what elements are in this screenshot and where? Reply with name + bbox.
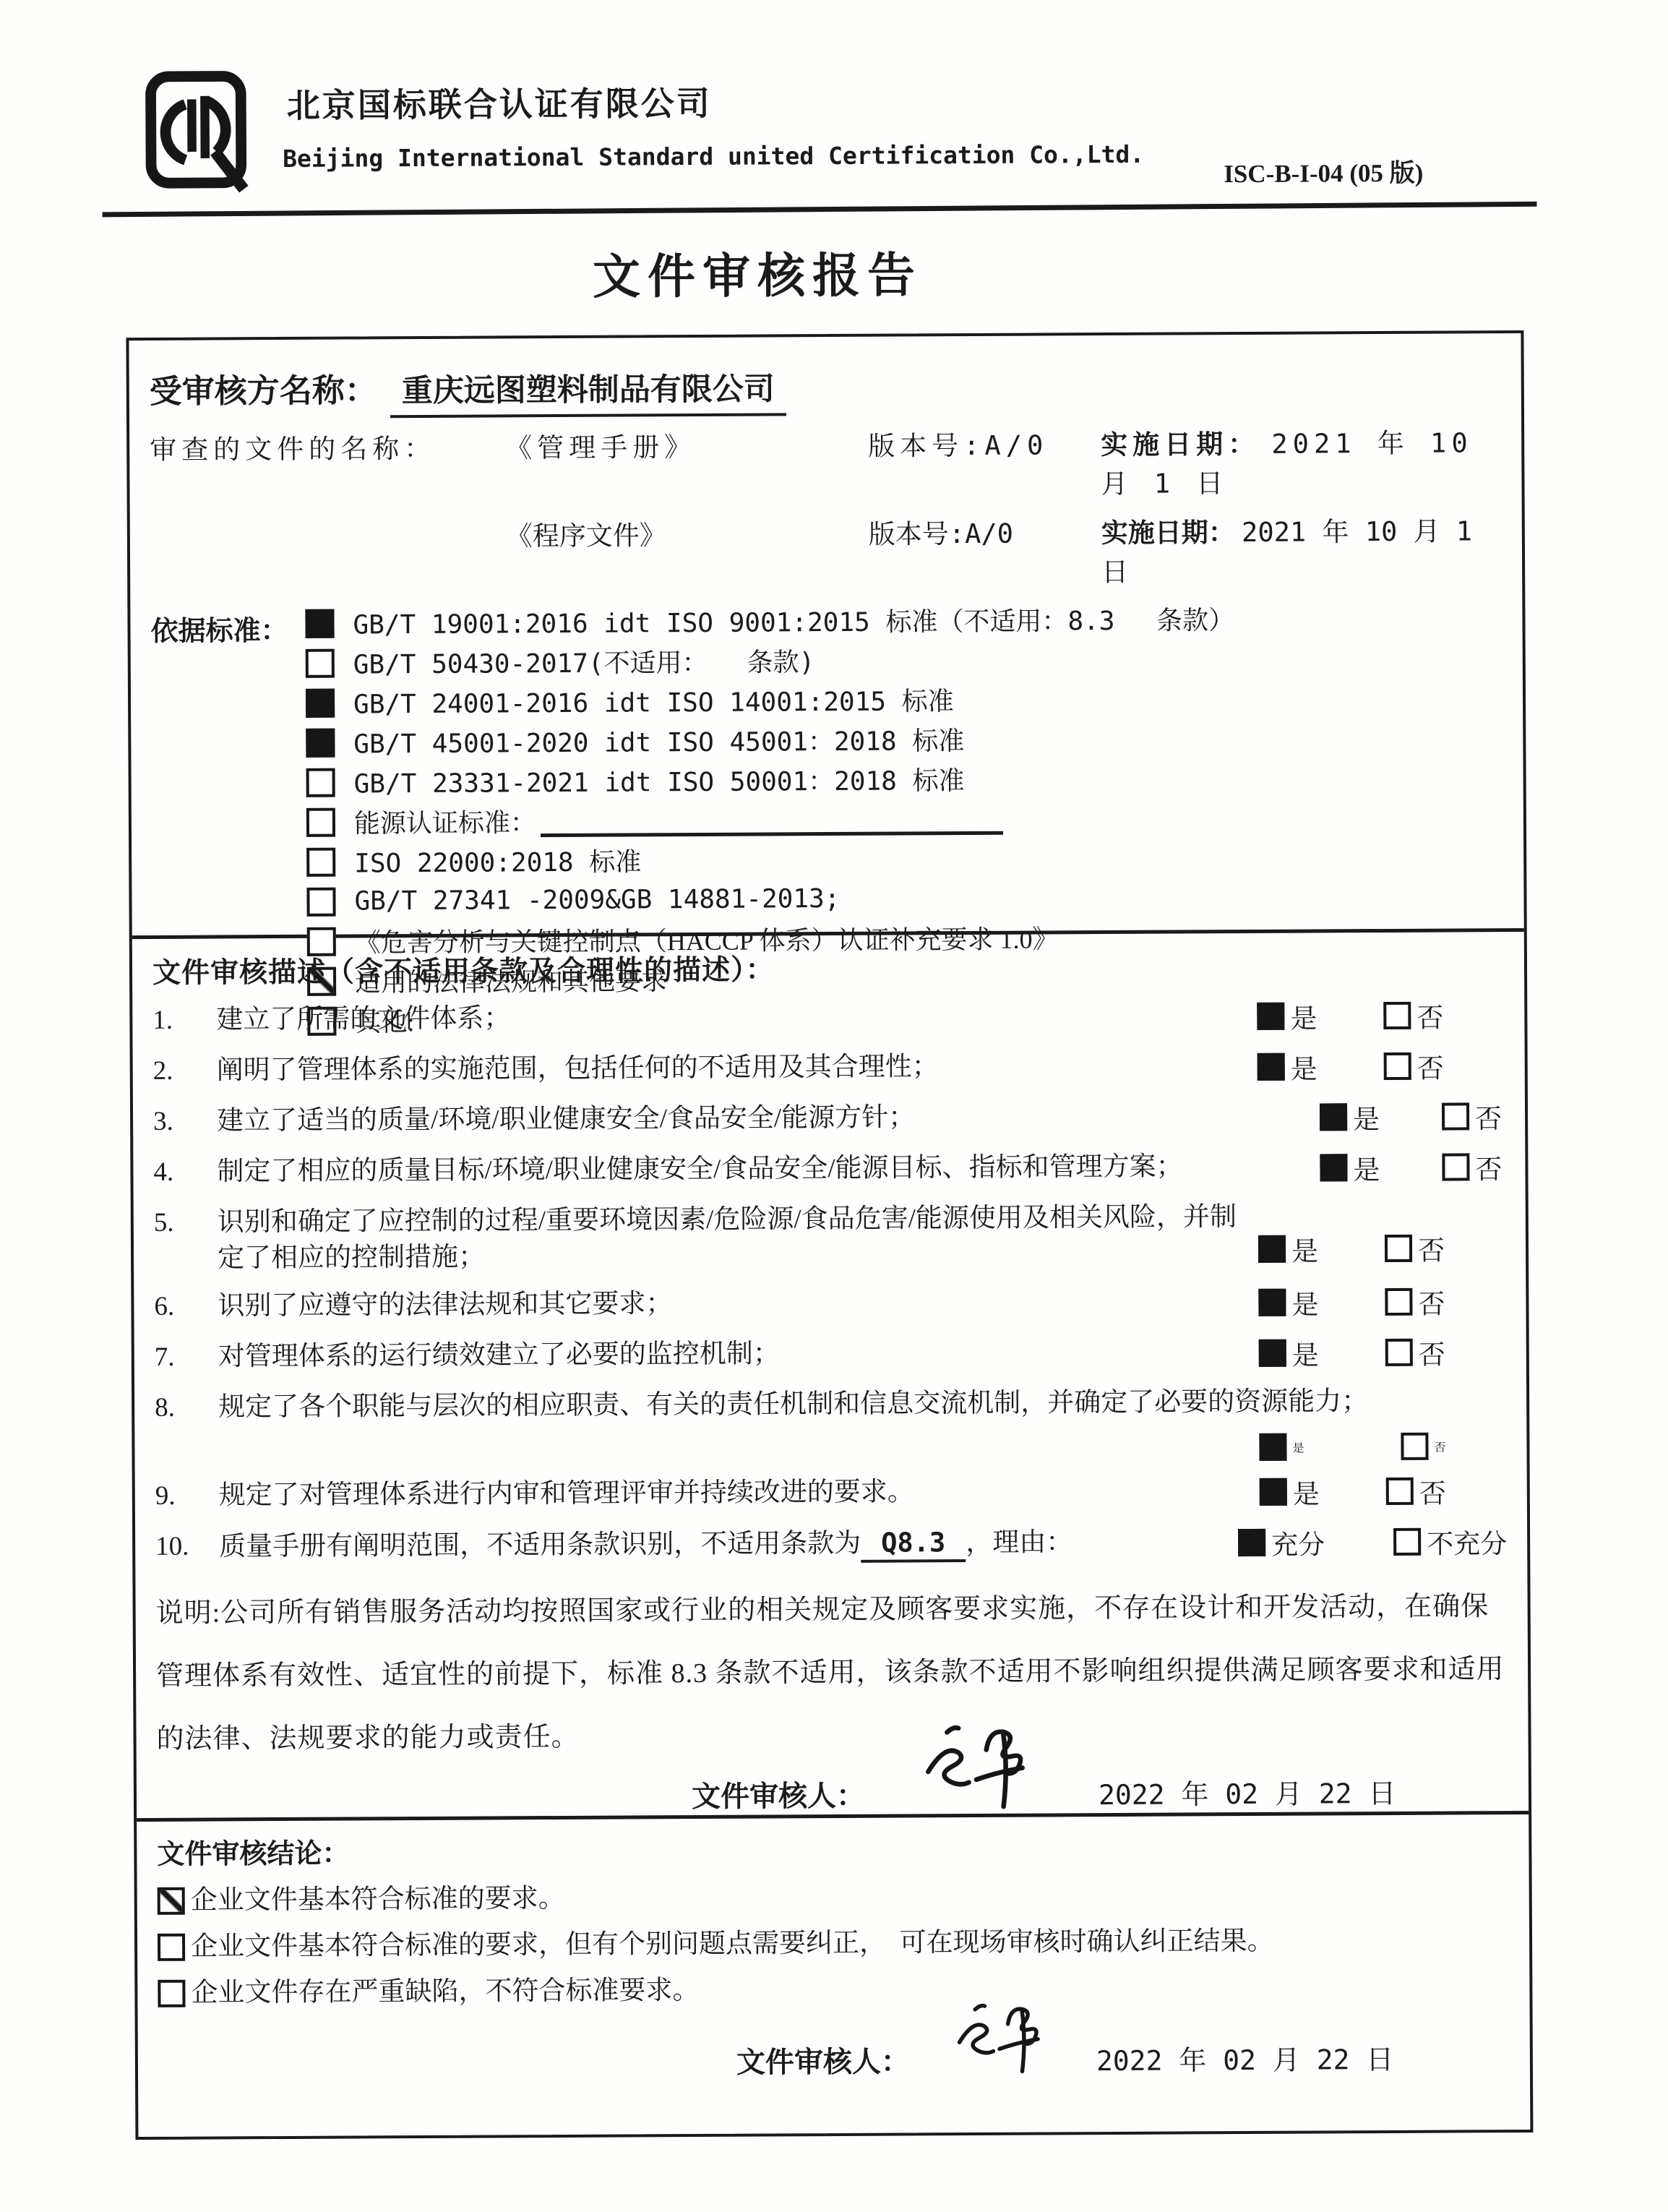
no-option: 否 xyxy=(1385,1229,1445,1268)
conclusion-checkbox xyxy=(158,1979,185,2007)
checkbox xyxy=(306,768,335,797)
checkbox xyxy=(305,609,334,638)
checkbox xyxy=(306,728,335,757)
no-checkbox xyxy=(1383,1002,1411,1029)
no-checkbox xyxy=(1442,1153,1469,1180)
item-text: 制定了相应的质量目标/环境/职业健康安全/食品安全/能源目标、指标和管理方案； xyxy=(217,1148,1320,1190)
no-checkbox xyxy=(1385,1288,1412,1316)
checkbox xyxy=(306,688,335,717)
yes-option: 是 xyxy=(1260,1472,1320,1511)
yes-checkbox xyxy=(1259,1433,1286,1461)
scanned-document-page: 北京国标联合认证有限公司 Beijing International Stand… xyxy=(0,0,1668,2212)
yes-label: 是 xyxy=(1293,1472,1320,1511)
yes-no-group: 是 否 xyxy=(1258,1047,1444,1086)
no-option: 否 xyxy=(1442,1147,1502,1186)
item-text: 规定了对管理体系进行内审和管理评审并持续改进的要求。 xyxy=(219,1472,1260,1514)
yes-no-group: 是 否 xyxy=(1257,996,1443,1036)
standard-text: GB/T 24001-2016 idt ISO 14001:2015 标准 xyxy=(353,681,954,721)
section-review-description: 文件审核描述（含不适用条款及合理性的描述）： 1. 建立了所需的文件体系； 是 … xyxy=(132,928,1529,1818)
no-option: 否 xyxy=(1385,1333,1445,1372)
impl-label: 实施日期： xyxy=(1101,430,1260,460)
no-checkbox xyxy=(1384,1053,1411,1080)
standard-item: GB/T 50430-2017(不适用： 条款) xyxy=(306,637,1503,683)
no-label: 否 xyxy=(1418,1282,1445,1321)
review-item: 9. 规定了对管理体系进行内审和管理评审并持续改进的要求。 是 否 xyxy=(155,1471,1507,1517)
yes-option: 是 xyxy=(1258,1229,1318,1268)
sufficient-group: 充分 不充分 xyxy=(1238,1522,1507,1562)
review-item: 4. 制定了相应的质量目标/环境/职业健康安全/食品安全/能源目标、指标和管理方… xyxy=(153,1147,1505,1193)
yes-label: 是 xyxy=(1353,1148,1380,1187)
insufficient-label: 不充分 xyxy=(1427,1522,1507,1561)
no-checkbox xyxy=(1442,1102,1469,1130)
item-number: 3. xyxy=(153,1103,217,1139)
no-option: 否 xyxy=(1385,1282,1445,1321)
item-text: 建立了所需的文件体系； xyxy=(216,997,1257,1039)
yes-label: 是 xyxy=(1292,1333,1319,1372)
blank-underline xyxy=(541,802,1003,837)
yes-checkbox xyxy=(1320,1103,1347,1131)
standard-text: GB/T 50430-2017(不适用： 条款) xyxy=(353,642,815,681)
yes-label: 是 xyxy=(1353,1097,1380,1136)
form-code: ISC-B-I-04 (05 版) xyxy=(1224,153,1423,190)
item-number: 6. xyxy=(154,1288,218,1324)
review-note: 说明:公司所有销售服务活动均按照国家或行业的相关规定及顾客要求实施，不存在设计和… xyxy=(155,1575,1508,1771)
no-option: 否 xyxy=(1384,1047,1444,1086)
insufficient-checkbox xyxy=(1393,1528,1421,1556)
standard-item: GB/T 19001:2016 idt ISO 9001:2015 标准（不适用… xyxy=(305,597,1502,643)
yes-no-group: 是 否 xyxy=(1258,1229,1445,1269)
conclusion-text: 企业文件存在严重缺陷，不符合标准要求。 xyxy=(191,1973,699,2010)
conclusion-checkbox xyxy=(158,1933,185,1960)
standard-text: GB/T 19001:2016 idt ISO 9001:2015 标准（不适用… xyxy=(353,600,1234,641)
item10-text-before: 质量手册有阐明范围，不适用条款识别，不适用条款为 xyxy=(219,1529,861,1562)
reviewed-documents: 审查的文件的名称： 《管理手册》 版本号:A/0 实施日期： 2021 年 10… xyxy=(150,421,1502,594)
yes-checkbox xyxy=(1260,1478,1287,1506)
conclusion-checkbox xyxy=(158,1887,185,1914)
item-text: 对管理体系的运行绩效建立了必要的监控机制； xyxy=(218,1334,1259,1376)
impl-label: 实施日期： xyxy=(1101,518,1235,549)
inapplicable-clause: Q8.3 xyxy=(861,1527,966,1563)
item-number: 5. xyxy=(154,1204,218,1240)
review-item: 7. 对管理体系的运行绩效建立了必要的监控机制； 是 否 xyxy=(155,1332,1506,1379)
item-number: 10. xyxy=(155,1528,219,1564)
review-item-8-answer-row: 是 否 xyxy=(155,1432,1506,1467)
no-label: 否 xyxy=(1416,996,1443,1035)
doc-name: 《管理手册》 xyxy=(505,424,868,466)
yes-no-group: 是 否 xyxy=(1259,1333,1445,1373)
item-text: 识别了应遵守的法律法规和其它要求； xyxy=(218,1283,1258,1325)
no-label: 否 xyxy=(1419,1472,1446,1511)
yes-checkbox xyxy=(1258,1235,1286,1263)
checkbox xyxy=(306,887,335,916)
standard-item: GB/T 27341 -2009&GB 14881-2013; xyxy=(306,875,1503,922)
standard-text: GB/T 27341 -2009&GB 14881-2013; xyxy=(354,884,840,917)
item-number: 9. xyxy=(155,1478,219,1514)
yes-no-group: 是 否 xyxy=(1260,1472,1446,1512)
doc-impl-date: 实施日期： 2021 年 10 月 1 日 xyxy=(1101,509,1503,589)
review-item: 6. 识别了应遵守的法律法规和其它要求； 是 否 xyxy=(154,1282,1505,1328)
no-label: 否 xyxy=(1419,1333,1445,1372)
signature-scribble xyxy=(904,1712,1049,1822)
doc-version: 版本号:A/0 xyxy=(869,511,1101,552)
yes-option: 是 xyxy=(1320,1097,1380,1136)
review-item: 8. 规定了各个职能与层次的相应职责、有关的责任机制和信息交流机制，并确定了必要… xyxy=(155,1383,1506,1426)
standard-item: GB/T 24001-2016 idt ISO 14001:2015 标准 xyxy=(306,677,1503,723)
conclusion-heading: 文件审核结论： xyxy=(157,1825,1508,1872)
auditee-row: 受审核方名称： 重庆远图塑料制品有限公司 xyxy=(150,358,1501,419)
doc-version: 版本号:A/0 xyxy=(868,423,1101,463)
no-checkbox xyxy=(1385,1339,1413,1366)
no-option: 否 xyxy=(1442,1097,1502,1136)
sufficient-label: 充分 xyxy=(1271,1522,1325,1561)
conclusion-option: 企业文件存在严重缺陷，不符合标准要求。 xyxy=(158,1969,1509,2010)
item-number: 8. xyxy=(155,1389,218,1426)
no-label: 否 xyxy=(1475,1147,1502,1186)
yes-option: 是 xyxy=(1258,1047,1317,1086)
auditee-name: 重庆远图塑料制品有限公司 xyxy=(390,364,786,418)
yes-no-group: 是 否 xyxy=(1258,1282,1445,1322)
yes-option: 是 xyxy=(1259,1333,1319,1372)
item-number: 4. xyxy=(153,1154,217,1190)
yes-checkbox xyxy=(1257,1003,1284,1030)
review-item: 1. 建立了所需的文件体系； 是 否 xyxy=(152,995,1504,1042)
conclusion-option: 企业文件基本符合标准的要求，但有个别问题点需要纠正， 可在现场审核时确认纠正结果… xyxy=(158,1923,1509,1964)
standard-text: GB/T 23331-2021 idt ISO 50001：2018 标准 xyxy=(354,760,965,800)
yes-label: 是 xyxy=(1291,1282,1318,1321)
no-label: 否 xyxy=(1418,1229,1445,1268)
yes-option: 是 xyxy=(1258,1282,1318,1321)
conclusion-option: 企业文件基本符合标准的要求。 xyxy=(158,1877,1509,1918)
item-text: 识别和确定了应控制的过程/重要环境因素/危险源/食品危害/能源使用及相关风险，并… xyxy=(218,1199,1259,1277)
yes-label: 是 xyxy=(1290,996,1317,1035)
checkbox xyxy=(306,847,335,876)
review-sign-date: 2022 年 02 月 22 日 xyxy=(1099,1770,1396,1812)
section-basic-info: 受审核方名称： 重庆远图塑料制品有限公司 审查的文件的名称： 《管理手册》 版本… xyxy=(129,333,1523,935)
yes-checkbox xyxy=(1258,1289,1286,1316)
no-option: 否 xyxy=(1383,996,1443,1035)
item-number: 7. xyxy=(155,1339,218,1375)
item-text: 阐明了管理体系的实施范围，包括任何的不适用及其合理性； xyxy=(217,1047,1258,1089)
yes-checkbox xyxy=(1258,1053,1285,1081)
yes-checkbox xyxy=(1320,1154,1347,1181)
standard-text: ISO 22000:2018 标准 xyxy=(354,841,641,880)
yes-option: 是 xyxy=(1259,1433,1304,1461)
yes-label: 是 xyxy=(1291,1047,1317,1086)
item-text: 质量手册有阐明范围，不适用条款识别，不适用条款为Q8.3，理由： xyxy=(219,1523,1238,1565)
standard-text: GB/T 45001-2020 idt ISO 45001：2018 标准 xyxy=(353,721,964,760)
docs-label: 审查的文件的名称： xyxy=(150,426,505,467)
checkbox xyxy=(306,648,335,677)
item-text: 规定了各个职能与层次的相应职责、有关的责任机制和信息交流机制，并确定了必要的资源… xyxy=(218,1383,1506,1426)
no-checkbox xyxy=(1401,1433,1428,1460)
review-item: 5. 识别和确定了应控制的过程/重要环境因素/危险源/食品危害/能源使用及相关风… xyxy=(154,1198,1505,1277)
no-label: 否 xyxy=(1417,1047,1444,1086)
no-checkbox xyxy=(1386,1478,1414,1505)
header-rule xyxy=(103,202,1537,218)
standard-item: ISO 22000:2018 标准 xyxy=(306,836,1503,882)
standard-item: GB/T 23331-2021 idt ISO 50001：2018 标准 xyxy=(306,756,1503,802)
company-name-en: Beijing International Standard united Ce… xyxy=(283,140,1144,173)
yes-label: 是 xyxy=(1291,1229,1318,1268)
yes-no-group: 是 否 xyxy=(1320,1147,1502,1187)
yes-no-group: 是 否 xyxy=(1259,1433,1445,1461)
no-checkbox xyxy=(1385,1235,1412,1262)
review-item: 2. 阐明了管理体系的实施范围，包括任何的不适用及其合理性； 是 否 xyxy=(153,1046,1505,1092)
company-name-cn: 北京国标联合认证有限公司 xyxy=(287,77,712,127)
document-sheet: 北京国标联合认证有限公司 Beijing International Stand… xyxy=(0,0,1668,2212)
section-conclusion: 文件审核结论： 企业文件基本符合标准的要求。 企业文件基本符合标准的要求，但有个… xyxy=(137,1811,1530,2137)
no-option: 否 xyxy=(1386,1472,1446,1511)
review-item-10: 10. 质量手册有阐明范围，不适用条款识别，不适用条款为Q8.3，理由： 充分 … xyxy=(155,1522,1507,1568)
review-item: 3. 建立了适当的质量/环境/职业健康安全/食品安全/能源方针； 是 否 xyxy=(153,1097,1505,1143)
item-number: 1. xyxy=(152,1002,216,1038)
no-option: 否 xyxy=(1401,1433,1445,1460)
standard-item: GB/T 45001-2020 idt ISO 45001：2018 标准 xyxy=(306,716,1503,763)
insufficient-option: 不充分 xyxy=(1393,1522,1507,1561)
yes-label: 是 xyxy=(1292,1439,1304,1455)
item10-text-after: ，理由： xyxy=(966,1527,1072,1558)
conclusion-text: 企业文件基本符合标准的要求。 xyxy=(191,1882,565,1918)
certification-logo-icon xyxy=(123,69,272,193)
standard-item: 能源认证标准： xyxy=(306,796,1503,842)
yes-no-group: 是 否 xyxy=(1320,1097,1502,1136)
no-label: 否 xyxy=(1475,1097,1502,1136)
conclusion-sign-row: 文件审核人： 2022 年 02 月 22 日 xyxy=(158,2031,1510,2088)
item-text: 建立了适当的质量/环境/职业健康安全/食品安全/能源方针； xyxy=(217,1097,1320,1139)
signature-scribble xyxy=(938,1993,1062,2084)
item-number: 2. xyxy=(153,1053,217,1089)
auditee-label: 受审核方名称： xyxy=(150,364,377,412)
sufficient-checkbox xyxy=(1238,1529,1265,1556)
doc-impl-date: 实施日期： 2021 年 10 月 1 日 xyxy=(1101,421,1502,501)
conclusion-sign-date: 2022 年 02 月 22 日 xyxy=(1096,2036,1394,2078)
yes-option: 是 xyxy=(1320,1148,1380,1187)
checkbox xyxy=(306,807,335,836)
yes-checkbox xyxy=(1259,1339,1286,1367)
standard-text: 能源认证标准： xyxy=(354,802,536,840)
sufficient-option: 充分 xyxy=(1238,1522,1325,1562)
docs-label-spacer xyxy=(150,545,506,547)
doc-name: 《程序文件》 xyxy=(506,513,869,554)
conclusion-text: 企业文件基本符合标准的要求，但有个别问题点需要纠正， 可在现场审核时确认纠正结果… xyxy=(191,1924,1274,1964)
page-title: 文件审核报告 xyxy=(0,233,1591,310)
reviewer-label: 文件审核人： xyxy=(692,1772,865,1814)
report-table: 受审核方名称： 重庆远图塑料制品有限公司 审查的文件的名称： 《管理手册》 版本… xyxy=(126,330,1533,2140)
no-label: 否 xyxy=(1434,1438,1445,1454)
reviewer-label: 文件审核人： xyxy=(736,2039,910,2080)
yes-option: 是 xyxy=(1257,996,1317,1035)
